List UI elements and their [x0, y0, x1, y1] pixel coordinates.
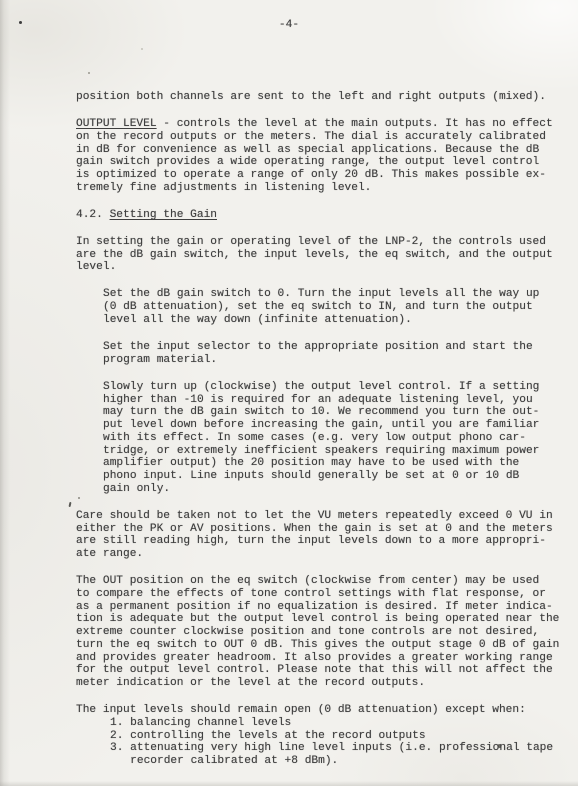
- paragraph-vu-meter-caution: Care should be taken not to let the VU m…: [76, 510, 559, 561]
- list-item-attenuating: 3. attenuating very high line level inpu…: [110, 742, 559, 768]
- page-number: -4-: [0, 19, 578, 32]
- paragraph-output-level: OUTPUT LEVEL - controls the level at the…: [76, 118, 559, 195]
- page-edge-shadow: [0, 0, 10, 786]
- paragraph-step-input-selector: Set the input selector to the appropriat…: [103, 341, 559, 367]
- ink-speck: [141, 48, 143, 50]
- paragraph-step-set-gain-switch: Set the dB gain switch to 0. Turn the in…: [103, 288, 559, 326]
- page-body: position both channels are sent to the l…: [76, 91, 559, 768]
- list-item-balancing: 1. balancing channel levels: [110, 717, 559, 730]
- paragraph-input-levels-intro: The input levels should remain open (0 d…: [76, 704, 559, 717]
- paragraph-setting-gain-intro: In setting the gain or operating level o…: [76, 236, 559, 274]
- section-title: Setting the Gain: [110, 209, 217, 221]
- list-item-record-outputs: 2. controlling the levels at the record …: [110, 730, 559, 743]
- section-heading: 4.2. Setting the Gain: [76, 209, 559, 222]
- paragraph-eq-out-position: The OUT position on the eq switch (clock…: [76, 575, 559, 690]
- paragraph-step-turn-up-output: Slowly turn up (clockwise) the output le…: [103, 381, 559, 496]
- ink-speck: [69, 502, 72, 507]
- page-bottom-shadow: [0, 781, 578, 786]
- output-level-term: OUTPUT LEVEL: [76, 118, 157, 130]
- section-number: 4.2.: [76, 209, 110, 221]
- ink-speck: [88, 72, 90, 74]
- paragraph-mixed-outputs: position both channels are sent to the l…: [76, 91, 559, 104]
- scanned-manual-page: -4- position both channels are sent to t…: [0, 0, 578, 786]
